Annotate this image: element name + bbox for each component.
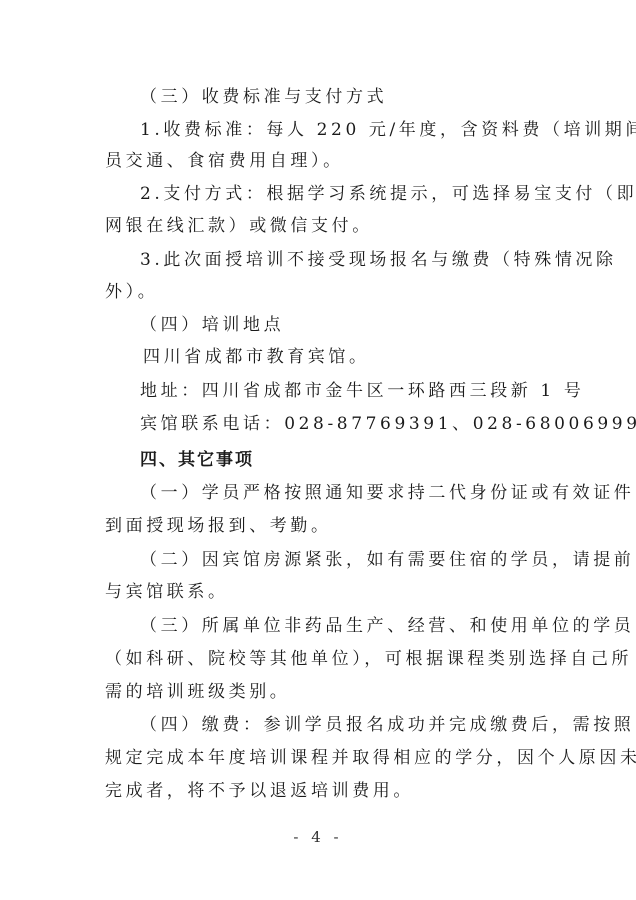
other-item-3-line-2: （如科研、院校等其他单位），可根据课程类别选择自己所 — [105, 648, 550, 670]
payment-method-line-2: 网银在线汇款）或微信支付。 — [105, 215, 550, 237]
subsection-heading-location: （四）培训地点 — [140, 314, 585, 336]
subsection-heading-fees: （三）收费标准与支付方式 — [140, 86, 585, 108]
fee-standard-line-1: 1.收费标准：每人 220 元/年度，含资料费（培训期间学 — [140, 119, 585, 141]
other-item-2-line-2: 与宾馆联系。 — [105, 581, 550, 603]
other-item-4-line-3: 完成者，将不予以退返培训费用。 — [105, 780, 550, 802]
other-item-2-line-1: （二）因宾馆房源紧张，如有需要住宿的学员，请提前 — [140, 549, 585, 571]
payment-method-line-1: 2.支付方式：根据学习系统提示，可选择易宝支付（即 — [140, 183, 585, 205]
document-page: （三）收费标准与支付方式 1.收费标准：每人 220 元/年度，含资料费（培训期… — [0, 0, 636, 900]
venue-name: 四川省成都市教育宾馆。 — [143, 346, 588, 368]
no-onsite-registration-line-2: 外）。 — [105, 281, 550, 303]
other-item-4-line-2: 规定完成本年度培训课程并取得相应的学分，因个人原因未 — [105, 747, 550, 769]
section-heading-other-matters: 四、其它事项 — [140, 449, 585, 471]
other-item-1-line-1: （一）学员严格按照通知要求持二代身份证或有效证件 — [140, 482, 585, 504]
venue-phone: 宾馆联系电话：028-87769391、028-68006999 — [140, 413, 585, 435]
other-item-1-line-2: 到面授现场报到、考勤。 — [105, 515, 550, 537]
fee-standard-line-2: 员交通、食宿费用自理）。 — [105, 150, 550, 172]
other-item-4-line-1: （四）缴费：参训学员报名成功并完成缴费后，需按照 — [140, 714, 585, 736]
page-number: - 4 - — [0, 828, 636, 846]
other-item-3-line-3: 需的培训班级类别。 — [105, 681, 550, 703]
other-item-3-line-1: （三）所属单位非药品生产、经营、和使用单位的学员 — [140, 615, 585, 637]
venue-address: 地址：四川省成都市金牛区一环路西三段新 1 号 — [140, 380, 585, 402]
no-onsite-registration-line-1: 3.此次面授培训不接受现场报名与缴费（特殊情况除 — [140, 249, 585, 271]
